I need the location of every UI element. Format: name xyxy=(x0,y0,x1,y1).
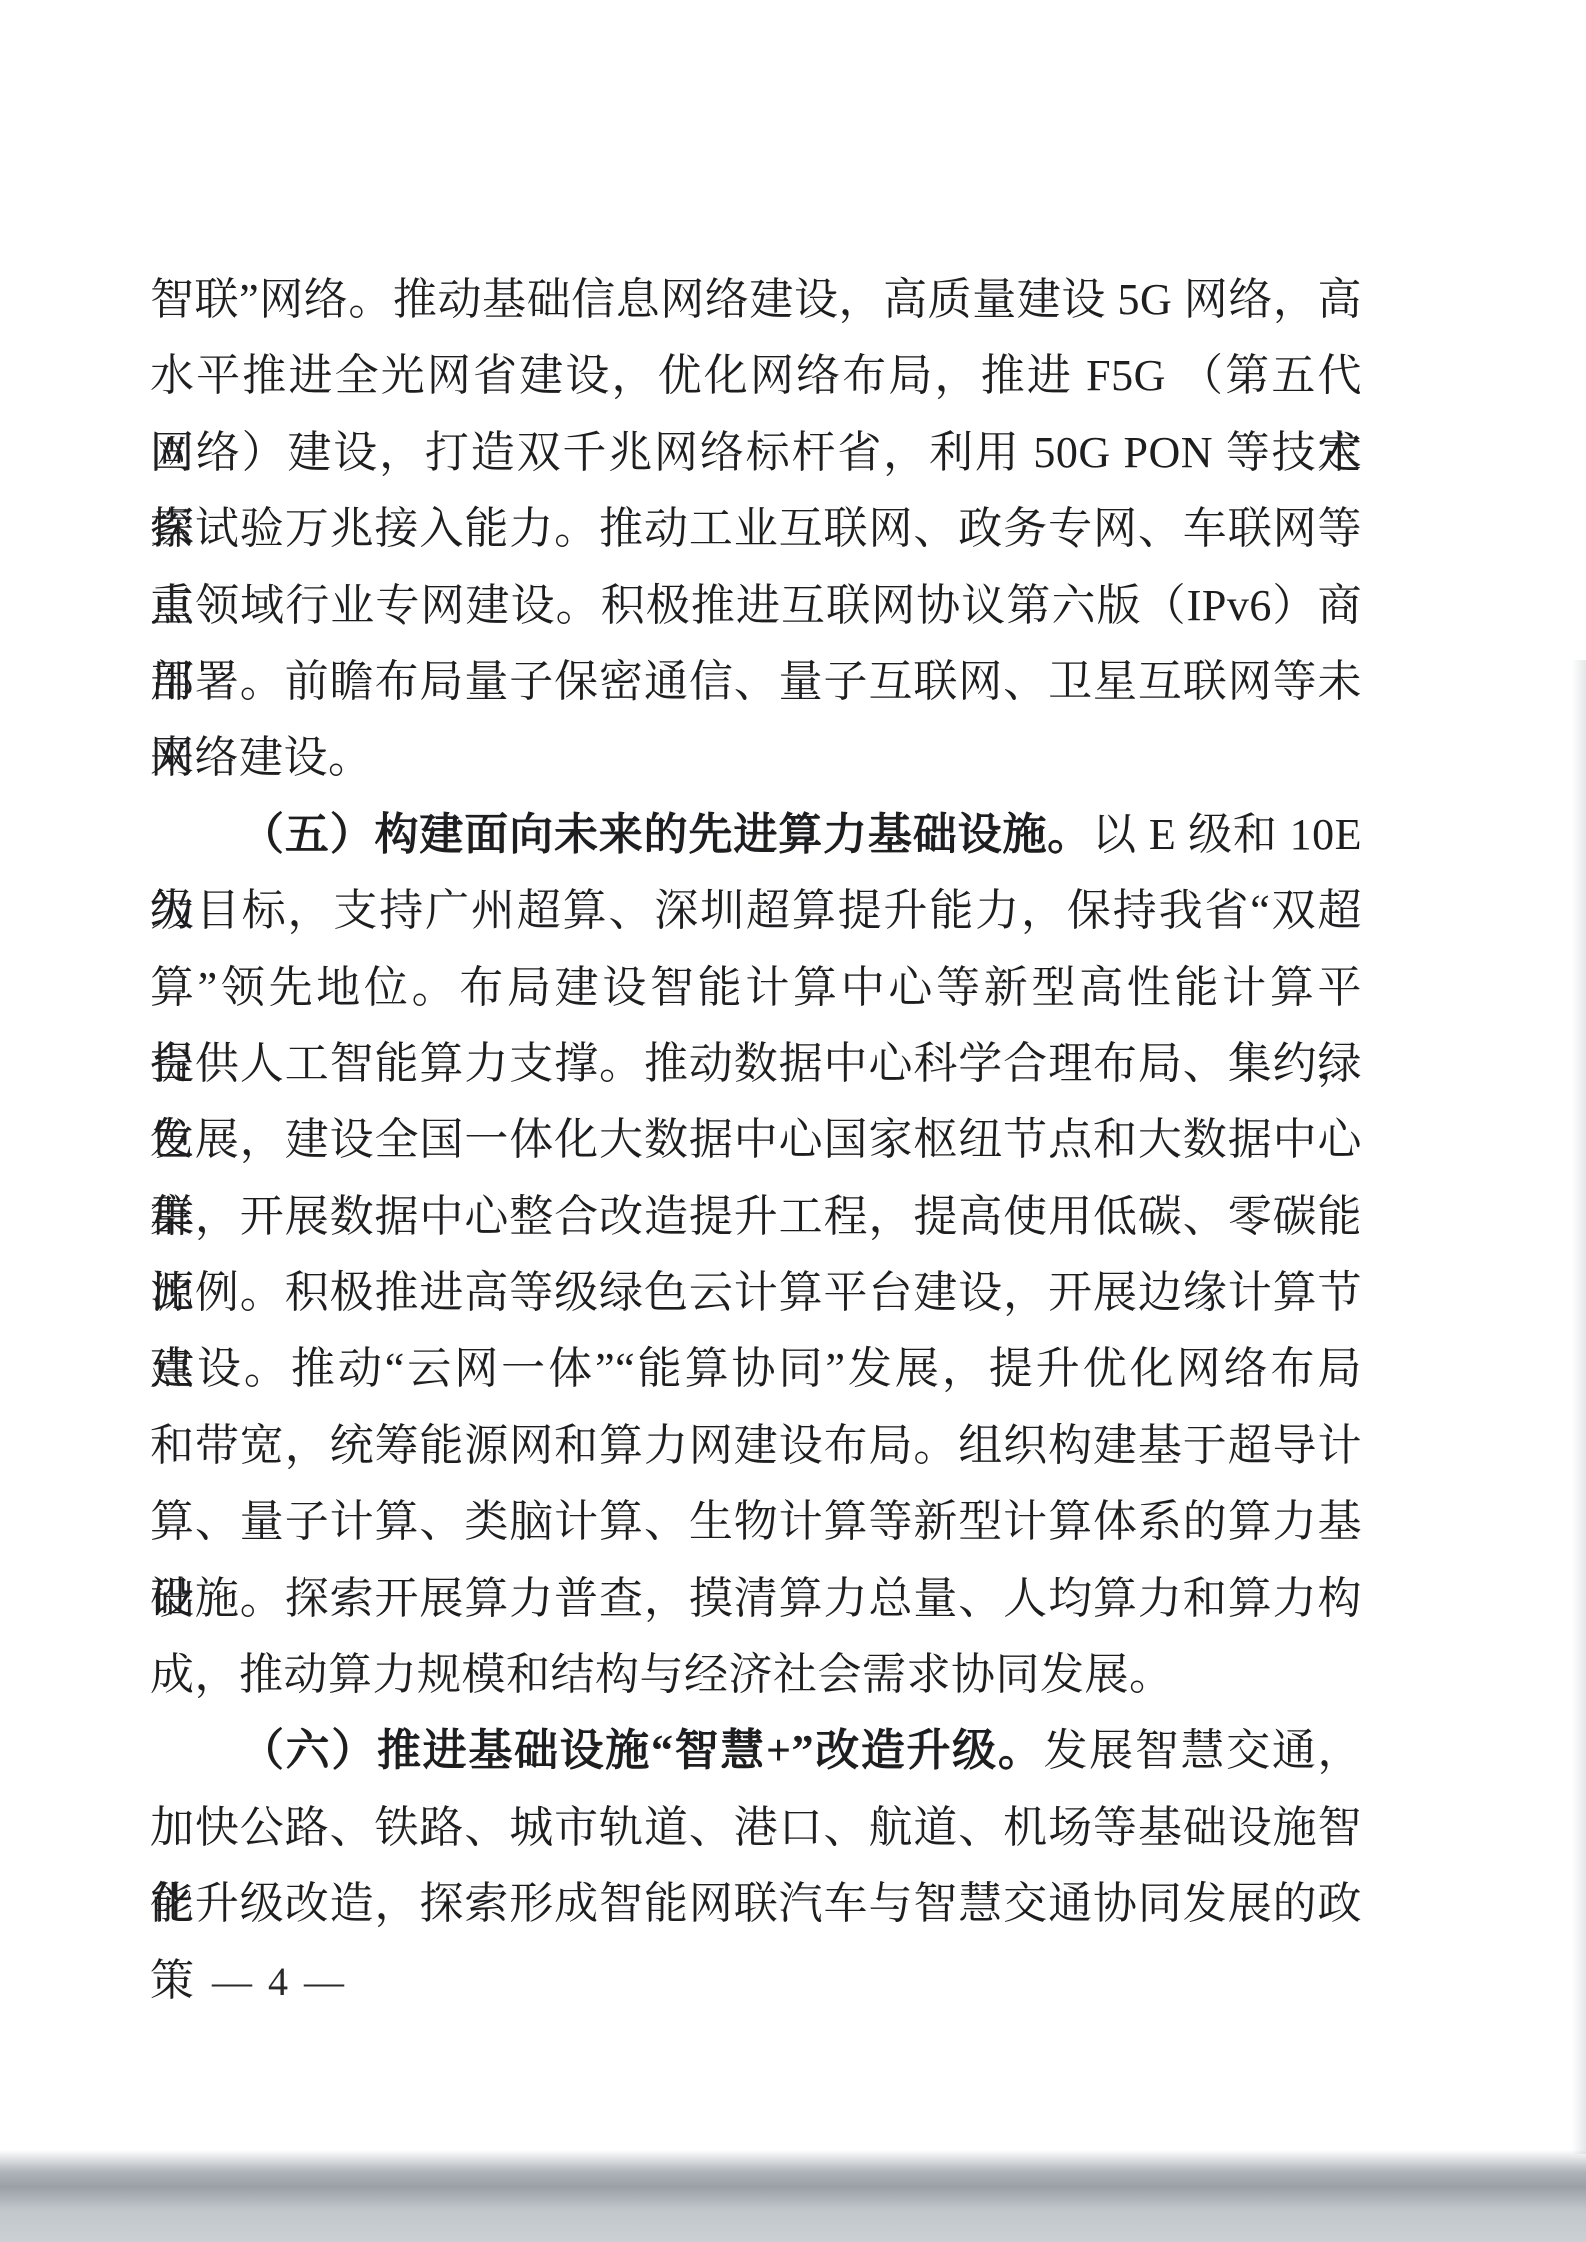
page-number: — 4 — xyxy=(212,1944,347,2020)
text-line: 算、量子计算、类脑计算、生物计算等新型计算体系的算力基础 xyxy=(150,1484,1362,1560)
text-run: 发展智慧交通， xyxy=(1044,1726,1362,1775)
text-run: 为目标，支持广州超算、深圳超算提升能力，保持我省“双超 xyxy=(150,886,1362,935)
text-run: 建设。推动“云网一体”“能算协同”发展，提升优化网络布局 xyxy=(150,1344,1362,1393)
text-line: 和带宽，统筹能源网和算力网建设布局。组织构建基于超导计 xyxy=(150,1408,1362,1484)
text-line: 比例。积极推进高等级绿色云计算平台建设，开展边缘计算节点 xyxy=(150,1255,1362,1331)
body-text: 智联”网络。推动基础信息网络建设，高质量建设 5G 网络，高水平推进全光网省建设… xyxy=(150,262,1362,1943)
text-run: 智联”网络。推动基础信息网络建设，高质量建设 5G 网络，高 xyxy=(150,275,1362,324)
text-run: 成，推动算力规模和结构与经济社会需求协同发展。 xyxy=(150,1650,1174,1699)
text-run: 设施。探索开展算力普查，摸清算力总量、人均算力和算力构 xyxy=(150,1574,1362,1623)
text-line: 设施。探索开展算力普查，摸清算力总量、人均算力和算力构 xyxy=(150,1561,1362,1637)
scan-shadow-bottom xyxy=(0,2150,1586,2242)
text-line: 成，推动算力规模和结构与经济社会需求协同发展。 xyxy=(150,1637,1362,1713)
text-line: 为目标，支持广州超算、深圳超算提升能力，保持我省“双超 xyxy=(150,873,1362,949)
text-line: 水平推进全光网省建设，优化网络布局，推进 F5G （第五代固定 xyxy=(150,338,1362,414)
text-run: 和带宽，统筹能源网和算力网建设布局。组织构建基于超导计 xyxy=(150,1421,1362,1470)
text-line: 网络建设。 xyxy=(150,720,1362,796)
text-run: 网络建设。 xyxy=(150,733,373,782)
text-line: 化升级改造，探索形成智能网联汽车与智慧交通协同发展的政策 xyxy=(150,1866,1362,1942)
text-line: 部署。前瞻布局量子保密通信、量子互联网、卫星互联网等未来 xyxy=(150,644,1362,720)
text-line: 发展，建设全国一体化大数据中心国家枢纽节点和大数据中心集 xyxy=(150,1102,1362,1178)
text-line: （六）推进基础设施“智慧+”改造升级。发展智慧交通， xyxy=(150,1713,1362,1789)
text-line: （五）构建面向未来的先进算力基础设施。以 E 级和 10E 级 xyxy=(150,797,1362,873)
text-line: 群，开展数据中心整合改造提升工程，提高使用低碳、零碳能源 xyxy=(150,1179,1362,1255)
text-line: 索试验万兆接入能力。推动工业互联网、政务专网、车联网等重 xyxy=(150,491,1362,567)
document-page: 智联”网络。推动基础信息网络建设，高质量建设 5G 网络，高水平推进全光网省建设… xyxy=(0,0,1586,2242)
text-line: 网络）建设，打造双千兆网络标杆省，利用 50G PON 等技术探 xyxy=(150,415,1362,491)
text-line: 建设。推动“云网一体”“能算协同”发展，提升优化网络布局 xyxy=(150,1331,1362,1407)
text-line: 加快公路、铁路、城市轨道、港口、航道、机场等基础设施智能 xyxy=(150,1790,1362,1866)
section-heading-run: （五）构建面向未来的先进算力基础设施。 xyxy=(240,810,1092,859)
scan-shadow-right xyxy=(1572,660,1586,2154)
text-line: 提供人工智能算力支撑。推动数据中心科学合理布局、集约绿色 xyxy=(150,1026,1362,1102)
text-line: 点领域行业专网建设。积极推进互联网协议第六版（IPv6）商用 xyxy=(150,568,1362,644)
text-line: 算”领先地位。布局建设智能计算中心等新型高性能计算平台， xyxy=(150,950,1362,1026)
text-line: 智联”网络。推动基础信息网络建设，高质量建设 5G 网络，高 xyxy=(150,262,1362,338)
section-heading-run: （六）推进基础设施“智慧+”改造升级。 xyxy=(240,1726,1044,1775)
